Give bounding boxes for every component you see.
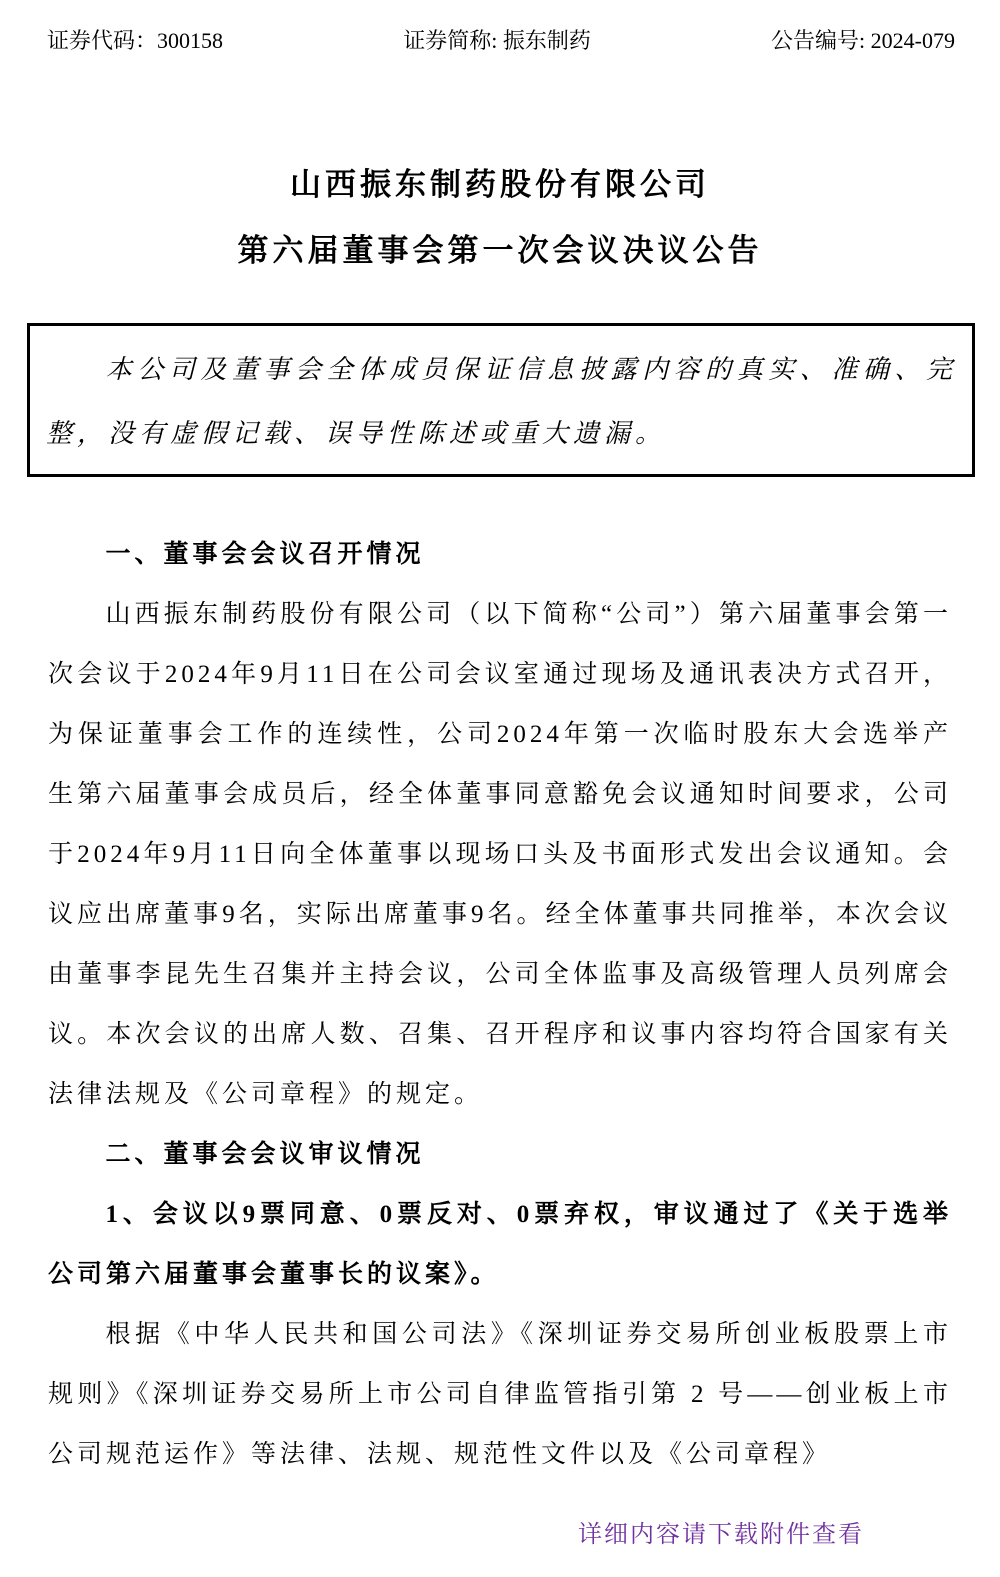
resolution-item-1: 1、会议以9票同意、0票反对、0票弃权，审议通过了《关于选举公司第六届董事会董事… xyxy=(48,1185,952,1305)
disclaimer-text: 本公司及董事会全体成员保证信息披露内容的真实、准确、完整，没有虚假记载、误导性陈… xyxy=(46,338,957,466)
document-header: 证券代码：300158 证券简称: 振东制药 公告编号: 2024-079 xyxy=(0,0,1000,56)
meeting-resolution-title: 第六届董事会第一次会议决议公告 xyxy=(0,218,1000,284)
document-title: 山西振东制药股份有限公司 第六届董事会第一次会议决议公告 xyxy=(0,152,1000,284)
section-1-paragraph: 山西振东制药股份有限公司（以下简称“公司”）第六届董事会第一次会议于2024年9… xyxy=(48,585,952,1125)
legal-basis-paragraph: 根据《中华人民共和国公司法》《深圳证券交易所创业板股票上市规则》《深圳证券交易所… xyxy=(48,1305,952,1485)
disclaimer-box: 本公司及董事会全体成员保证信息披露内容的真实、准确、完整，没有虚假记载、误导性陈… xyxy=(27,323,975,477)
stock-name: 证券简称: 振东制药 xyxy=(403,26,591,56)
company-name-title: 山西振东制药股份有限公司 xyxy=(0,152,1000,218)
section-1-heading: 一、董事会会议召开情况 xyxy=(48,525,952,585)
announcement-number: 公告编号: 2024-079 xyxy=(771,26,955,56)
announcement-page: 证券代码：300158 证券简称: 振东制药 公告编号: 2024-079 山西… xyxy=(0,0,1000,1577)
stock-code: 证券代码：300158 xyxy=(47,26,223,56)
section-2-heading: 二、董事会会议审议情况 xyxy=(48,1125,952,1185)
document-body: 一、董事会会议召开情况 山西振东制药股份有限公司（以下简称“公司”）第六届董事会… xyxy=(0,525,1000,1485)
download-attachment-link[interactable]: 详细内容请下载附件查看 xyxy=(578,1514,864,1549)
